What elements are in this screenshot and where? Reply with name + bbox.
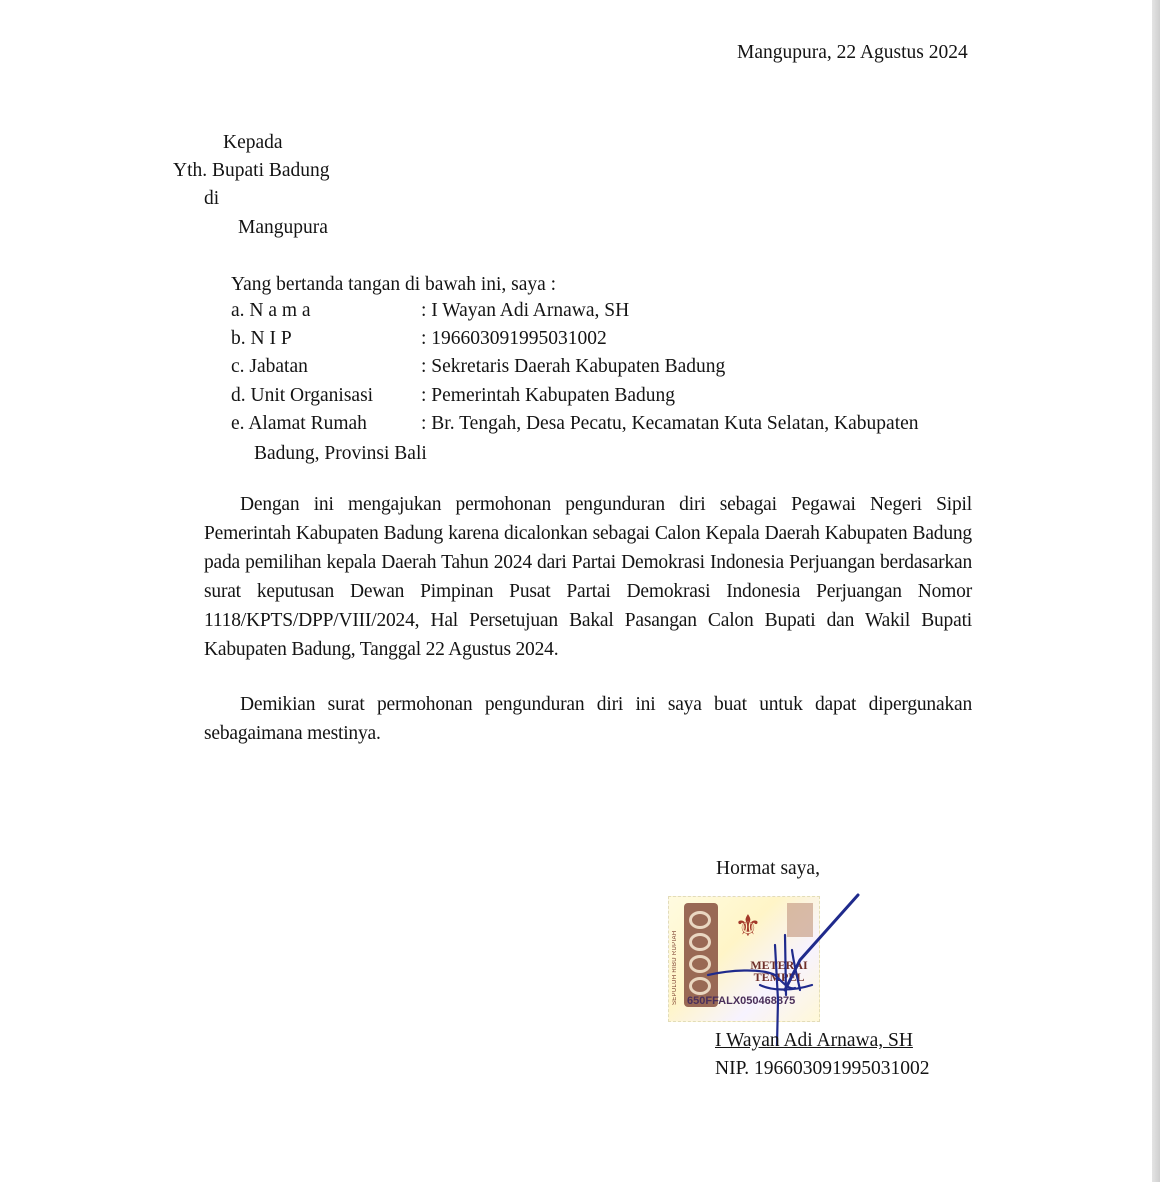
field-value: : Pemerintah Kabupaten Badung — [421, 385, 675, 407]
stamp-serial: 650FFALX050468875 — [687, 995, 795, 1007]
field-value: : 196603091995031002 — [421, 328, 607, 350]
signatory-name: I Wayan Adi Arnawa, SH — [715, 1030, 913, 1052]
stamp-denomination-graphic — [684, 903, 718, 1007]
garuda-emblem-icon: ⚜ — [731, 905, 765, 949]
field-value: : I Wayan Adi Arnawa, SH — [421, 300, 629, 322]
recipient-salutation: Kepada — [223, 132, 283, 154]
stamp-label: METERAI TEMPEL — [749, 959, 809, 983]
place-date: Mangupura, 22 Agustus 2024 — [737, 42, 968, 64]
field-label: d. Unit Organisasi — [231, 385, 373, 407]
field-label: b. N I P — [231, 328, 292, 350]
closing-paragraph: Demikian surat permohonan pengunduran di… — [204, 690, 972, 748]
intro-text: Yang bertanda tangan di bawah ini, saya … — [231, 274, 556, 296]
meterai-stamp: SEPULUH RIBU RUPIAH ⚜ METERAI TEMPEL 650… — [668, 896, 820, 1022]
recipient-name: Yth. Bupati Badung — [173, 160, 330, 182]
signatory-nip: NIP. 196603091995031002 — [715, 1058, 930, 1080]
field-label: a. N a m a — [231, 300, 311, 322]
field-label: e. Alamat Rumah — [231, 413, 367, 435]
recipient-di: di — [204, 188, 219, 210]
field-value: : Sekretaris Daerah Kabupaten Badung — [421, 356, 725, 378]
stamp-corner-graphic — [787, 903, 813, 937]
address-continuation: Badung, Provinsi Bali — [254, 443, 427, 465]
page-edge-shadow — [1152, 0, 1160, 1182]
stamp-denomination-text: SEPULUH RIBU RUPIAH — [672, 905, 684, 1005]
body-paragraph: Dengan ini mengajukan permohonan pengund… — [204, 490, 972, 664]
field-label: c. Jabatan — [231, 356, 308, 378]
recipient-location: Mangupura — [238, 217, 328, 239]
closing-salutation: Hormat saya, — [716, 858, 820, 880]
field-value: : Br. Tengah, Desa Pecatu, Kecamatan Kut… — [421, 413, 919, 435]
